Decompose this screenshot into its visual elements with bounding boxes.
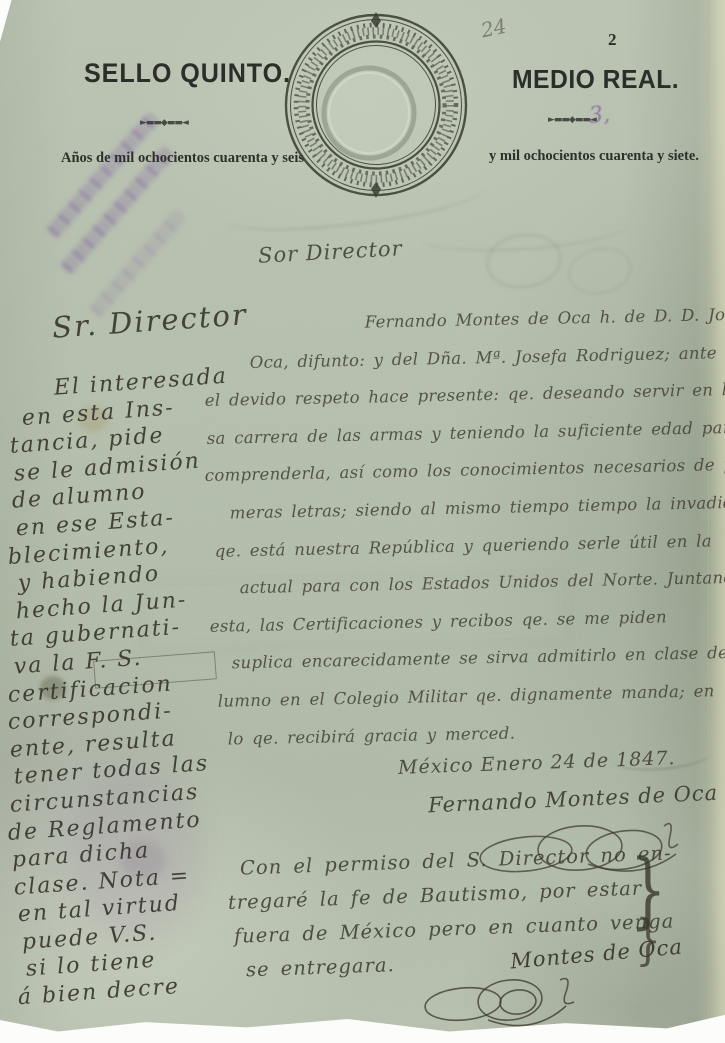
secretary-note: Con el permiso del S. Director no en- tr… (228, 852, 658, 988)
ornamental-seal-ring-icon (281, 10, 471, 200)
handwritten-pencil-mark: 24 (479, 14, 509, 43)
scanned-document-page: SELLO QUINTO. 2 MEDIO REAL. ►▬▬◆▬▬◄ ►▬▬◆… (0, 0, 725, 1043)
ornament-divider-icon: ►▬▬◆▬▬◄ (140, 118, 188, 128)
salutation: Sor Director (257, 236, 403, 268)
revenue-title-right: MEDIO REAL. (512, 64, 664, 95)
years-line-left: Años de mil ochocientos cuarenta y seis (61, 150, 304, 167)
ink-bleed-through-loop (483, 229, 566, 293)
ink-bleed-through-loop (564, 242, 636, 300)
revenue-title-left: SELLO QUINTO. (84, 58, 242, 89)
paper-sheet: SELLO QUINTO. 2 MEDIO REAL. ►▬▬◆▬▬◄ ►▬▬◆… (0, 0, 725, 1043)
handwritten-purple-mark: 3, (588, 102, 611, 129)
ink-bleed-through-mark (419, 205, 631, 258)
signature-flourish-icon (418, 972, 583, 1042)
years-line-right: y mil ochocientos cuarenta y siete. (489, 148, 699, 165)
margin-decree-note: El interesada en esta Ins- tancia, pide … (8, 378, 228, 1013)
denomination-number: 2 (608, 30, 617, 50)
letter-body: Fernando Montes de Oca h. de D. D. José … (205, 316, 723, 767)
